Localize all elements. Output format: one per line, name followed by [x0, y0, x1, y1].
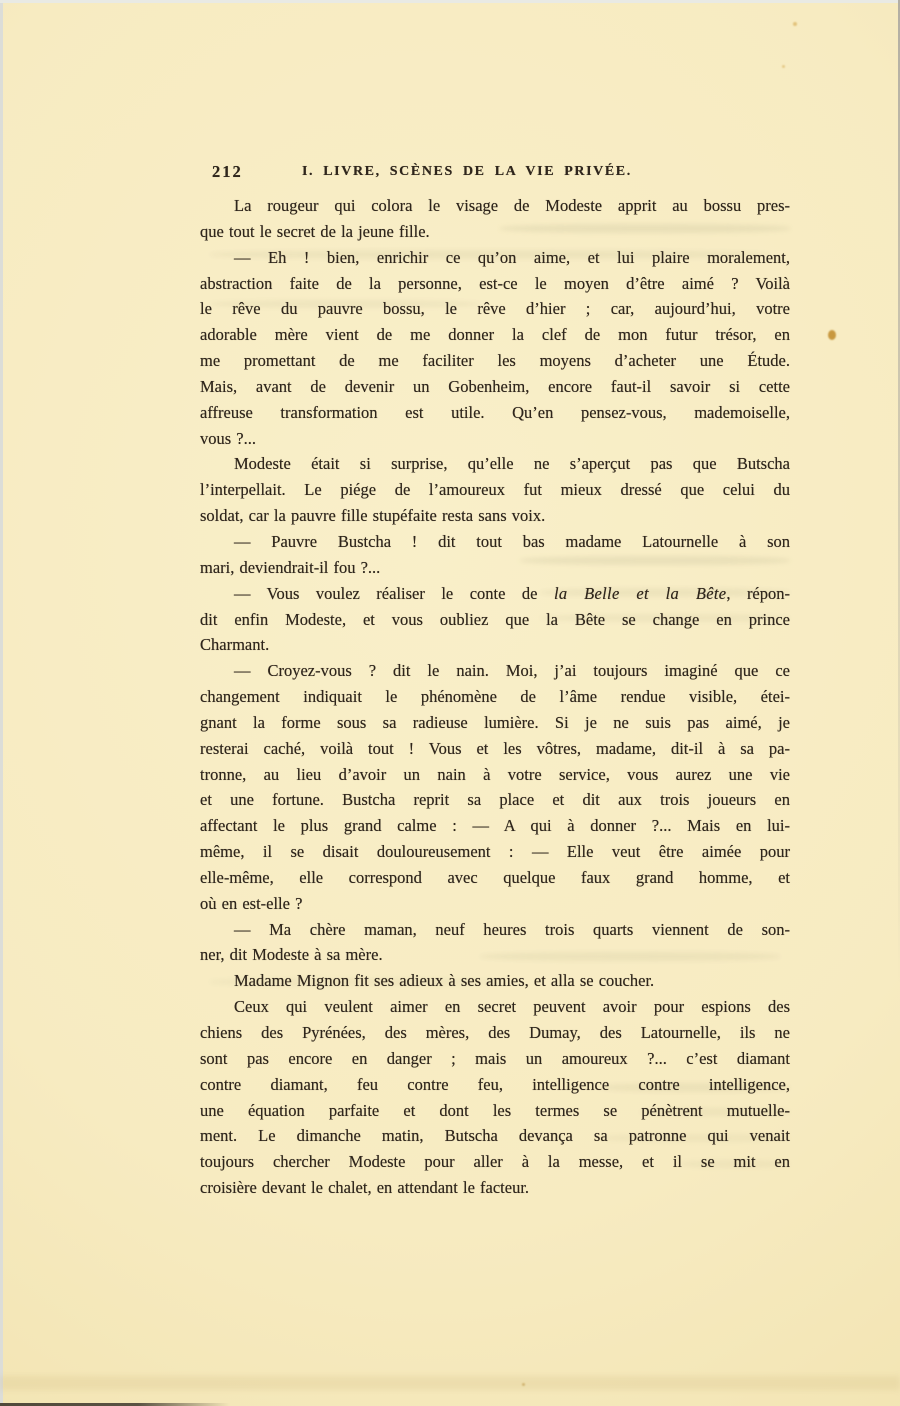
text-line: — Croyez-vous ? dit le nain. Moi, j’ai t… [200, 658, 790, 684]
page-number: 212 [212, 162, 243, 182]
text-line: Mais, avant de devenir un Gobenheim, enc… [200, 374, 790, 400]
running-title: I. LIVRE, SCÈNES DE LA VIE PRIVÉE. [302, 164, 632, 180]
text-line: soldat, car la pauvre fille stupéfaite r… [200, 503, 790, 529]
text-line: même, il se disait douloureusement : — E… [200, 839, 790, 865]
text-line: La rougeur qui colora le visage de Modes… [200, 193, 790, 219]
text-line: elle-même, elle correspond avec quelque … [200, 865, 790, 891]
text-line: chiens des Pyrénées, des mères, des Duma… [200, 1020, 790, 1046]
scan-edge-left [0, 0, 3, 1406]
paragraph: Modeste était si surprise, qu’elle ne s’… [200, 451, 790, 529]
text-line: me promettant de me faciliter les moyens… [200, 348, 790, 374]
paper-texture-band [0, 1376, 900, 1390]
foxing-spot [793, 22, 797, 26]
paragraph: Ceux qui veulent aimer en secret peuvent… [200, 994, 790, 1201]
paragraph: — Ma chère maman, neuf heures trois quar… [200, 917, 790, 969]
text-line: resterai caché, voilà tout ! Vous et les… [200, 736, 790, 762]
text-line: — Vous voulez réaliser le conte de la Be… [200, 581, 790, 607]
text-line: vous ?... [200, 426, 790, 452]
text-line: croisière devant le chalet, en attendant… [200, 1175, 790, 1201]
paragraph: — Pauvre Bustcha ! dit tout bas madame L… [200, 529, 790, 581]
text-line: gnant la forme sous sa radieuse lumière.… [200, 710, 790, 736]
text-line: toujours chercher Modeste pour aller à l… [200, 1149, 790, 1175]
text-line: le rêve du pauvre bossu, le rêve d’hier … [200, 296, 790, 322]
text-block: La rougeur qui colora le visage de Modes… [200, 193, 790, 1201]
text-line: l’interpellait. Le piége de l’amoureux f… [200, 477, 790, 503]
text-segment: — Vous voulez réaliser le conte de [234, 584, 554, 603]
text-line: Modeste était si surprise, qu’elle ne s’… [200, 451, 790, 477]
text-line: tronne, au lieu d’avoir un nain à votre … [200, 762, 790, 788]
paragraph: — Vous voulez réaliser le conte de la Be… [200, 581, 790, 659]
paragraph: Madame Mignon fit ses adieux à ses amies… [200, 968, 790, 994]
text-line: contre diamant, feu contre feu, intellig… [200, 1072, 790, 1098]
text-line: — Eh ! bien, enrichir ce qu’on aime, et … [200, 245, 790, 271]
foxing-spot [522, 1383, 525, 1386]
text-line: Charmant. [200, 632, 790, 658]
scan-edge-top [0, 0, 900, 3]
text-line: et une fortune. Bustcha reprit sa place … [200, 787, 790, 813]
text-line: que tout le secret de la jeune fille. [200, 219, 790, 245]
text-line: sont pas encore en danger ; mais un amou… [200, 1046, 790, 1072]
italic-book-title: la Belle et la Bête [554, 584, 726, 603]
foxing-spot [828, 330, 836, 340]
text-line: où en est-elle ? [200, 891, 790, 917]
text-line: — Ma chère maman, neuf heures trois quar… [200, 917, 790, 943]
text-line: ner, dit Modeste à sa mère. [200, 942, 790, 968]
paragraph: — Croyez-vous ? dit le nain. Moi, j’ai t… [200, 658, 790, 916]
paragraph: — Eh ! bien, enrichir ce qu’on aime, et … [200, 245, 790, 452]
text-line: ment. Le dimanche matin, Butscha devança… [200, 1123, 790, 1149]
text-line: Madame Mignon fit ses adieux à ses amies… [200, 968, 790, 994]
text-segment: , répon- [726, 584, 790, 603]
text-line: mari, deviendrait-il fou ?... [200, 555, 790, 581]
paragraph: La rougeur qui colora le visage de Modes… [200, 193, 790, 245]
foxing-spot [782, 65, 785, 68]
book-page-scan: 212 I. LIVRE, SCÈNES DE LA VIE PRIVÉE. L… [0, 0, 900, 1406]
text-line: affectant le plus grand calme : — A qui … [200, 813, 790, 839]
text-line: affreuse transformation est utile. Qu’en… [200, 400, 790, 426]
text-line: changement indiquait le phénomène de l’â… [200, 684, 790, 710]
text-line: — Pauvre Bustcha ! dit tout bas madame L… [200, 529, 790, 555]
text-line: une équation parfaite et dont les termes… [200, 1098, 790, 1124]
text-line: abstraction faite de la personne, est-ce… [200, 271, 790, 297]
text-line: Ceux qui veulent aimer en secret peuvent… [200, 994, 790, 1020]
text-line: adorable mère vient de me donner la clef… [200, 322, 790, 348]
text-line: dit enfin Modeste, et vous oubliez que l… [200, 607, 790, 633]
